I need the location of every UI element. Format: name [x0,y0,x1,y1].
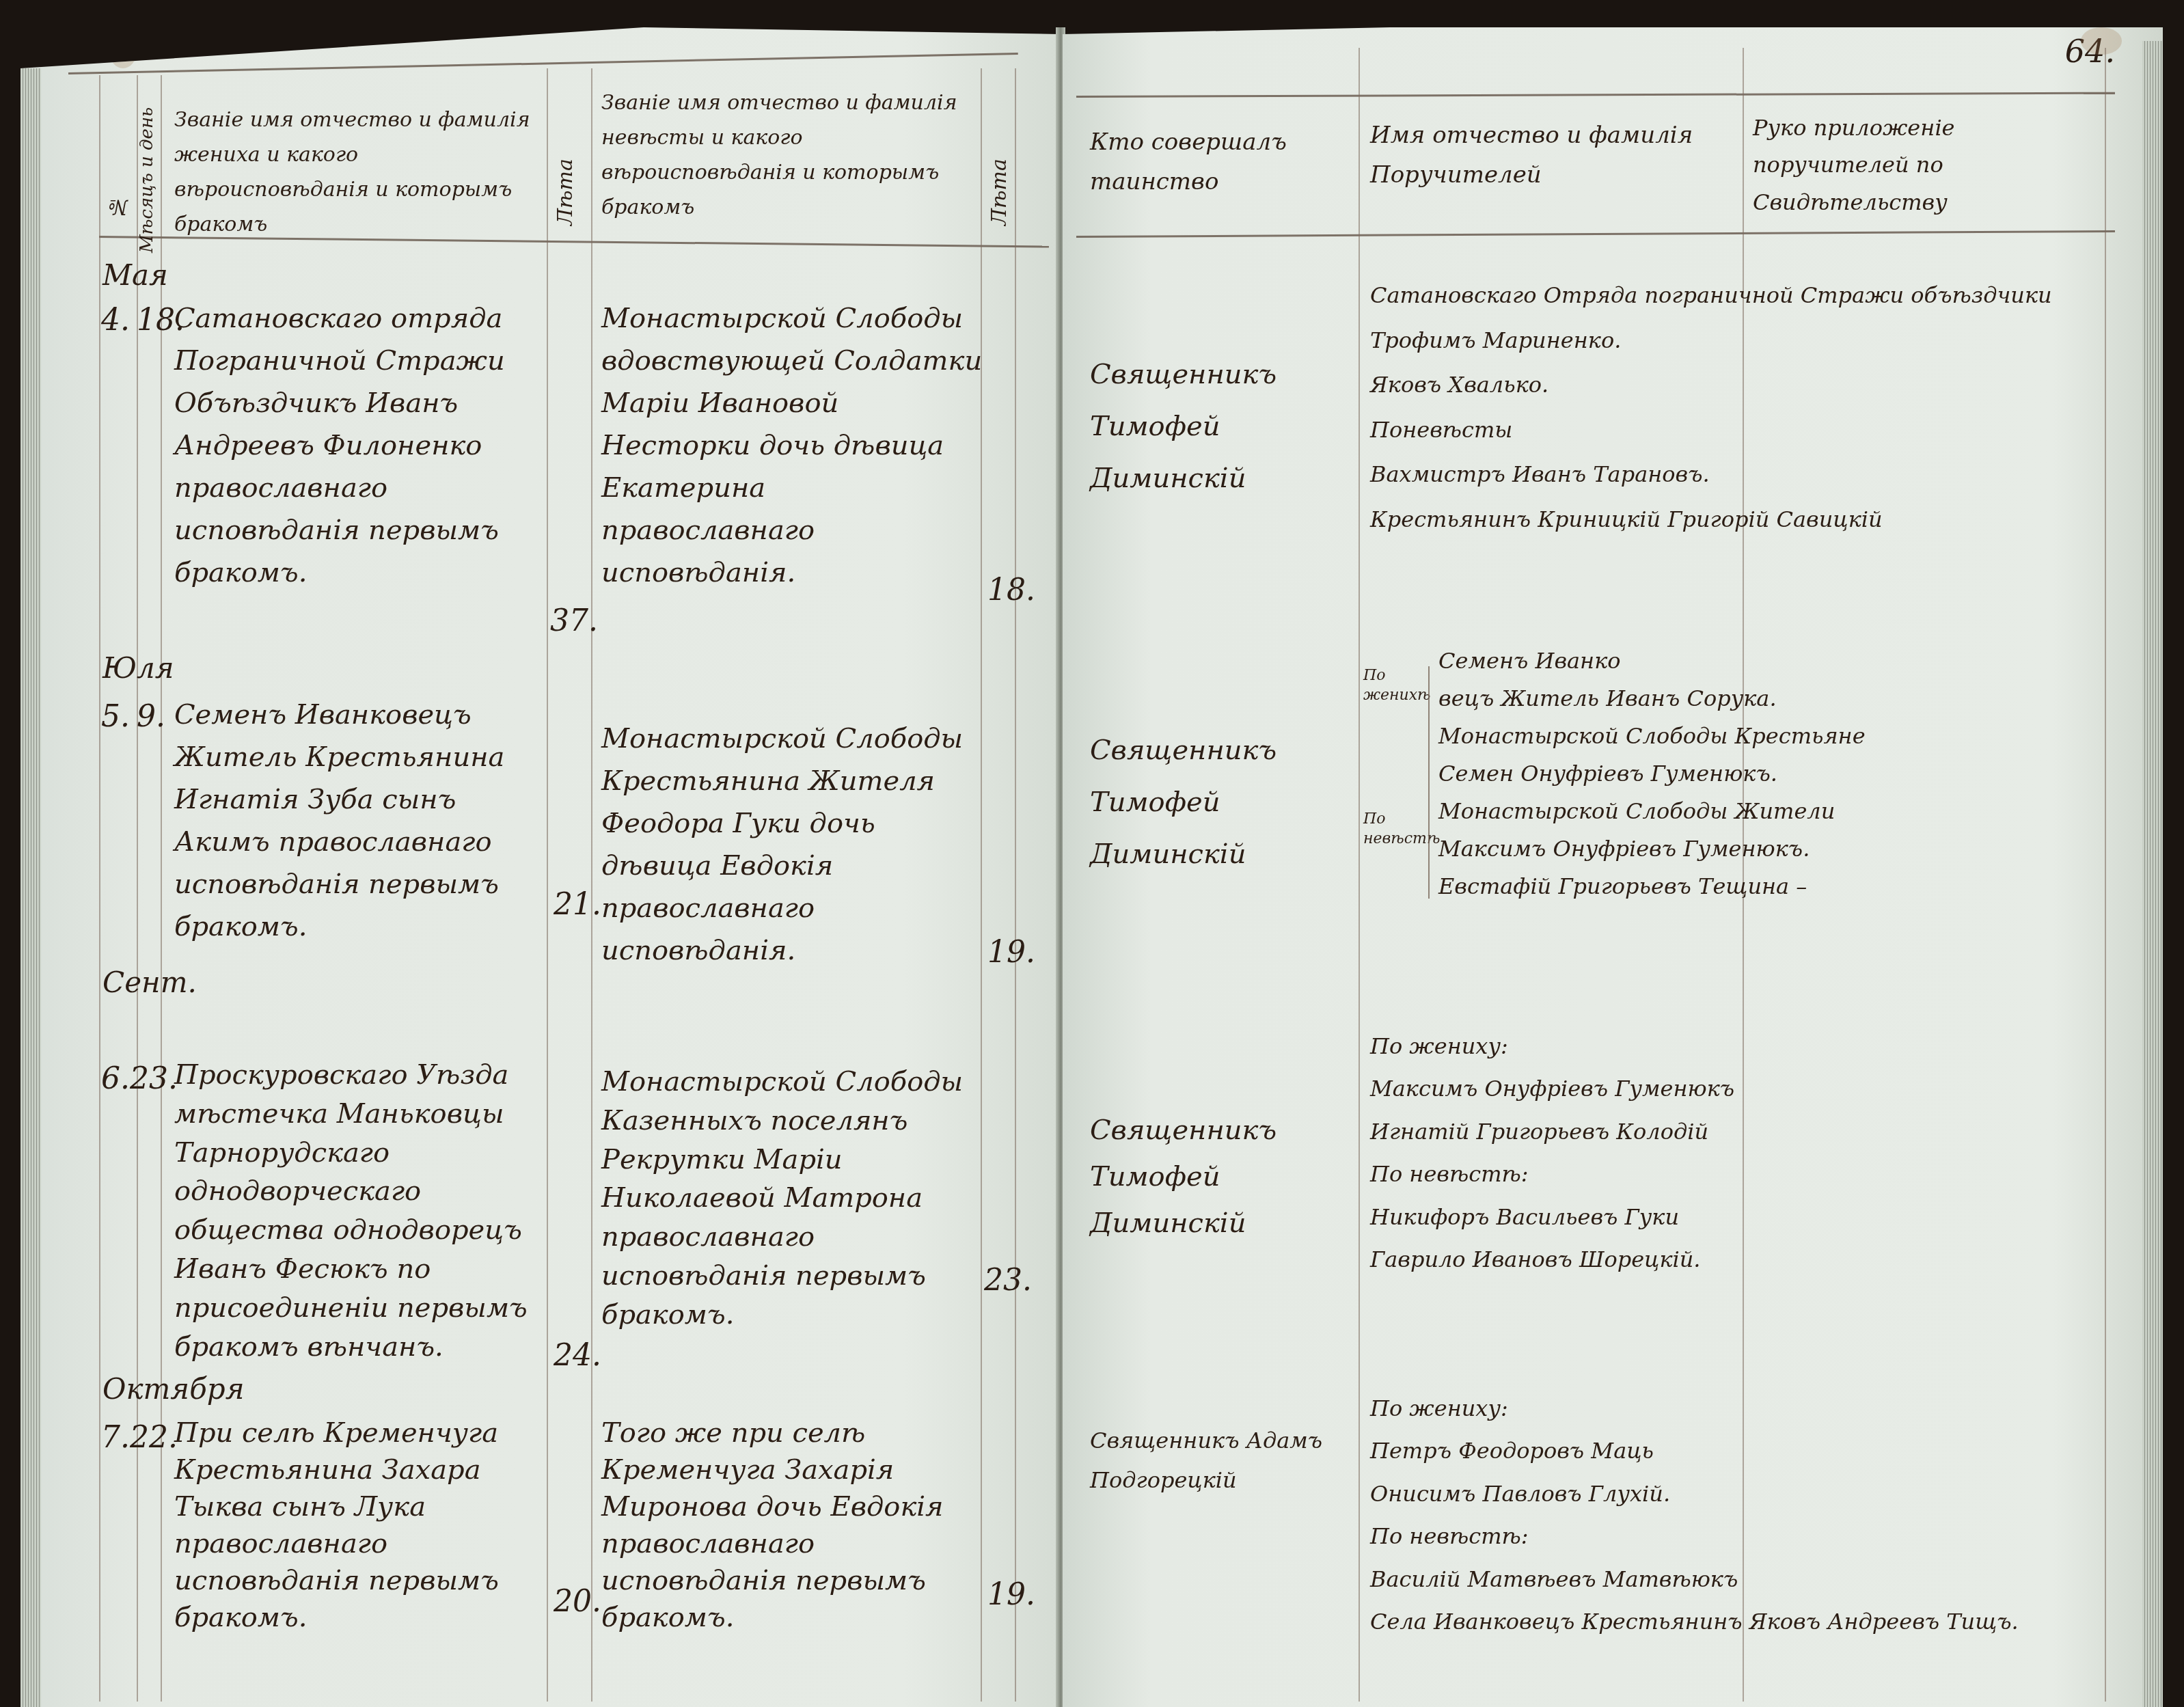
entry-groom: Семенъ Иванковецъ Житель Крестьянина Игн… [174,694,543,948]
header-number: № [106,103,130,219]
entry-bride: Монастырской Слободы Крестьянина Жителя … [601,718,984,972]
entry-groom-age: 20. [554,1579,601,1625]
entry-bride-age: 19. [987,1572,1035,1618]
col-rule [1015,68,1016,1702]
entry-guarantors: По жениху: Петръ Феодоровъ Маць Онисимъ … [1370,1387,2094,1643]
entry-bride-age: 18. [987,567,1035,614]
entry-bride: Монастырской Слободы Казенныхъ поселянъ … [601,1063,984,1335]
header-bottom-rule [1076,230,2115,238]
entry-officiant: Священникъ Тимофей Диминскій [1090,1107,1343,1246]
entry-day: 22. [130,1415,178,1461]
entry-day: 9. [137,694,165,740]
entry-month: Юля [103,646,174,690]
entry-officiant: Священникъ Адамъ Подгорецкій [1090,1421,1343,1500]
col-rule [1359,48,1360,1702]
entry-bride-age: 23. [984,1257,1032,1304]
header-top-rule [68,53,1018,74]
paper-stain [2081,27,2122,55]
entry-groom-age: 24. [554,1333,601,1379]
entry-guarantors: Семенъ Иванко вецъ Житель Иванъ Сорука. … [1438,642,2094,905]
header-signatures: Руко приложеніе поручителей по Свидѣтель… [1753,109,2094,221]
page-edge-stack-left [21,68,41,1707]
entry-groom: При селѣ Кременчуга Крестьянина Захара Т… [174,1415,543,1636]
entry-groom-age: 37. [550,598,598,644]
guarantor-role-groom: По женихѣ [1363,666,1425,705]
entry-guarantors: По жениху: Максимъ Онуфріевъ Гуменюкъ Иг… [1370,1025,2101,1281]
entry-groom-age: 21. [554,882,601,928]
entry-number: 6. [101,1056,130,1102]
entry-number: 7. [101,1415,130,1461]
paper-stain [109,34,137,68]
entry-groom: Сатановскаго отряда Пограничной Стражи О… [174,297,543,594]
header-bride-age: Лѣта [987,75,1011,226]
entry-guarantors: Сатановскаго Отряда пограничной Стражи о… [1370,273,2101,543]
entry-bride-age: 19. [987,929,1035,976]
header-guarantors: Имя отчество и фамилія Поручителей [1370,116,1732,195]
entry-bride: Монастырской Слободы вдовствующей Солдат… [601,297,984,594]
col-rule [99,75,100,1702]
entry-officiant: Священникъ Тимофей Диминскій [1090,724,1336,880]
role-bracket [1428,666,1430,899]
header-groom: Званіе имя отчество и фамилія жениха и к… [174,103,543,242]
open-register-book: № Мѣсяцъ и день Званіе имя отчество и фа… [0,0,2184,1707]
header-groom-age: Лѣта [554,75,577,226]
entry-number: 5. [101,694,130,740]
entry-month: Сент. [103,960,197,1005]
header-officiant: Кто совершалъ таинство [1090,123,1343,202]
col-rule [2105,48,2106,1702]
entry-bride: Того же при селѣ Кременчуга Захарія Миро… [601,1415,984,1636]
header-month-day: Мѣсяцъ и день [137,75,157,253]
entry-groom: Проскуровскаго Уѣзда мѣстечка Маньковцы … [174,1056,543,1366]
entry-number: 4. [101,297,130,344]
entry-month: Мая [103,253,168,297]
right-page: 64. Кто совершалъ таинство Имя отчество … [1063,27,2163,1707]
left-page: № Мѣсяцъ и день Званіе имя отчество и фа… [21,27,1059,1707]
entry-officiant: Священникъ Тимофей Диминскій [1090,349,1336,504]
page-edge-stack-right [2142,41,2163,1707]
header-top-rule [1076,92,2115,98]
entry-day: 23. [130,1056,178,1102]
col-rule [547,68,548,1702]
entry-month: Октября [103,1367,244,1411]
guarantor-role-bride: По невѣстѣ [1363,810,1425,849]
header-bride: Званіе имя отчество и фамилія невѣсты и … [601,85,970,225]
